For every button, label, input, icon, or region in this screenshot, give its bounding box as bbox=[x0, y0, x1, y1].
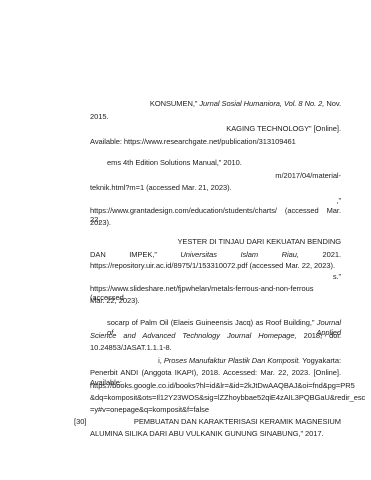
reference-segment: https://repository.uir.ac.id/8975/1/1533… bbox=[90, 261, 335, 270]
reference-line: 10.24853/JASAT.1.1.1-8. bbox=[90, 343, 172, 353]
reference-line: Mar. 22, 2023). bbox=[90, 296, 140, 306]
reference-segment: YESTER DI TINJAU DARI KEKUATAN BENDING bbox=[177, 237, 341, 246]
reference-line: m/2017/04/material- bbox=[275, 171, 341, 181]
reference-segment: ems 4th Edition Solutions Manual,” 2010. bbox=[107, 158, 242, 167]
reference-segment: &dq=komposit&ots=Il12Y23WOS&sig=lZZhoybb… bbox=[90, 393, 365, 402]
reference-segment: Available: https://www.researchgate.net/… bbox=[90, 137, 296, 146]
reference-line: Science and Advanced Technology Journal … bbox=[90, 331, 341, 341]
reference-segment: m/2017/04/material- bbox=[275, 171, 341, 180]
reference-line: KAGING TECHNOLOGY” [Online]. bbox=[226, 124, 341, 134]
reference-line: YESTER DI TINJAU DARI KEKUATAN BENDING bbox=[177, 237, 341, 247]
reference-segment-italic: Jurnal Sosial Humaniora, Vol. 8 No. 2, bbox=[199, 99, 324, 108]
reference-line: &dq=komposit&ots=Il12Y23WOS&sig=lZZhoybb… bbox=[90, 393, 365, 403]
reference-line: i, Proses Manufaktur Plastik Dan Komposi… bbox=[158, 356, 341, 366]
reference-segment-italic: Science and Advanced Technology Journal … bbox=[90, 331, 297, 340]
reference-segment: DAN IMPEK,” bbox=[90, 250, 180, 259]
reference-line: DAN IMPEK,” Universitas Islam Riau, 2021… bbox=[90, 250, 341, 260]
reference-line: KONSUMEN,” Jurnal Sosial Humaniora, Vol.… bbox=[150, 99, 341, 109]
reference-segment: 2023). bbox=[90, 218, 111, 227]
reference-line: ,” bbox=[337, 196, 341, 206]
reference-segment: 2021. bbox=[299, 250, 341, 259]
reference-segment-italic: Universitas Islam Riau, bbox=[180, 250, 299, 259]
reference-line: 2015. bbox=[90, 112, 109, 122]
reference-line: PEMBUATAN DAN KARAKTERISASI KERAMIK MAGN… bbox=[134, 417, 341, 427]
reference-segment: 10.24853/JASAT.1.1.1-8. bbox=[90, 343, 172, 352]
reference-segment: 2015. bbox=[90, 112, 109, 121]
reference-line: 2023). bbox=[90, 218, 111, 228]
reference-segment: ,” bbox=[337, 196, 341, 205]
reference-line: =y#v=onepage&q=komposit&f=false bbox=[90, 405, 209, 415]
reference-segment-italic: Proses Manufaktur Plastik Dan Komposit. bbox=[164, 356, 300, 365]
reference-segment: =y#v=onepage&q=komposit&f=false bbox=[90, 405, 209, 414]
reference-segment: KONSUMEN,” bbox=[150, 99, 199, 108]
reference-segment: teknik.html?m=1 (accessed Mar. 21, 2023)… bbox=[90, 183, 232, 192]
reference-line: ALUMINA SILIKA DARI ABU VULKANIK GUNUNG … bbox=[90, 429, 324, 439]
reference-segment: socarp of Palm Oil (Elaeis Guineensis Ja… bbox=[107, 318, 317, 327]
reference-segment: PEMBUATAN DAN KARAKTERISASI KERAMIK MAGN… bbox=[134, 417, 341, 426]
reference-segment: KAGING TECHNOLOGY” [Online]. bbox=[226, 124, 341, 133]
reference-segment: https://books.google.co.id/books?hl=id&l… bbox=[90, 381, 355, 390]
reference-number: [30] bbox=[74, 417, 87, 427]
reference-segment: Nov. bbox=[324, 99, 341, 108]
reference-segment: s.” bbox=[333, 272, 341, 281]
reference-line: Available: https://www.researchgate.net/… bbox=[90, 137, 296, 147]
reference-line: https://books.google.co.id/books?hl=id&l… bbox=[90, 381, 355, 391]
reference-segment: https://www.grantadesign.com/education/s… bbox=[90, 206, 341, 225]
reference-line: https://repository.uir.ac.id/8975/1/1533… bbox=[90, 261, 335, 271]
reference-line: https://www.grantadesign.com/education/s… bbox=[90, 206, 341, 225]
reference-line: ems 4th Edition Solutions Manual,” 2010. bbox=[107, 158, 242, 168]
reference-segment: Mar. 22, 2023). bbox=[90, 296, 140, 305]
reference-line: teknik.html?m=1 (accessed Mar. 21, 2023)… bbox=[90, 183, 232, 193]
reference-segment: 2018, doi: bbox=[297, 331, 341, 340]
reference-segment: Yogyakarta: bbox=[300, 356, 341, 365]
reference-line: s.” bbox=[333, 272, 341, 282]
reference-segment: ALUMINA SILIKA DARI ABU VULKANIK GUNUNG … bbox=[90, 429, 324, 438]
document-page: KONSUMEN,” Jurnal Sosial Humaniora, Vol.… bbox=[0, 0, 371, 480]
